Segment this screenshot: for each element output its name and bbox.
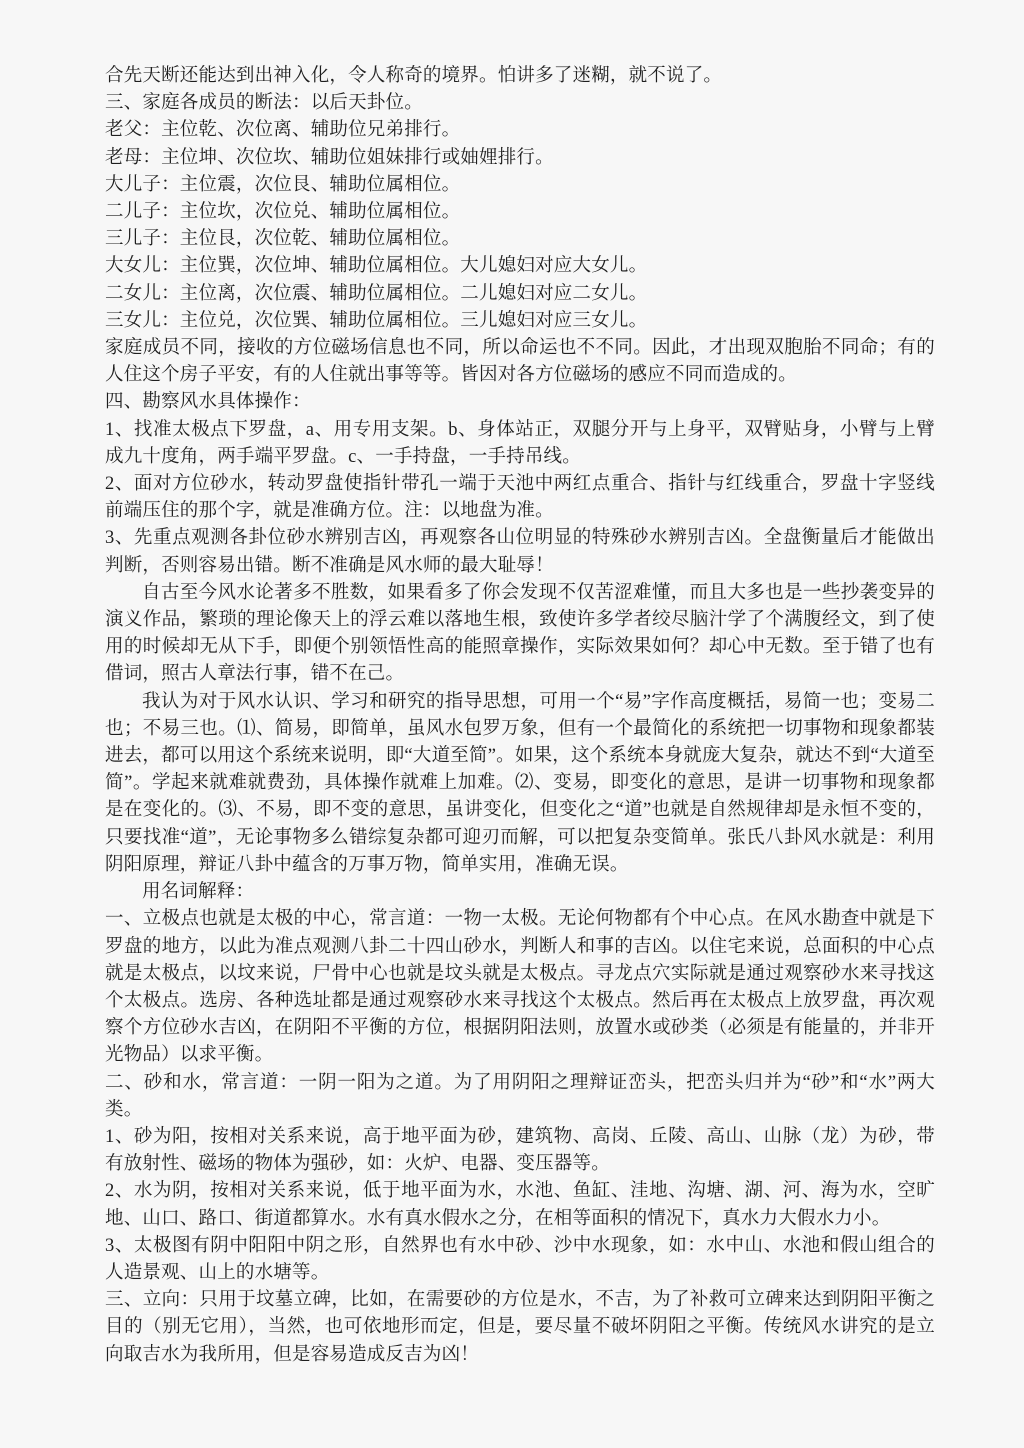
paragraph: 三儿子：主位艮，次位乾、辅助位属相位。	[105, 226, 935, 253]
paragraph: 老母：主位坤、次位坎、辅助位姐妹排行或妯娌排行。	[105, 145, 935, 172]
paragraph: 用名词解释：	[105, 879, 935, 906]
paragraph: 3、先重点观测各卦位砂水辨别吉凶，再观察各山位明显的特殊砂水辨别吉凶。全盘衡量后…	[105, 525, 935, 579]
paragraph: 1、砂为阳，按相对关系来说，高于地平面为砂，建筑物、高岗、丘陵、高山、山脉（龙）…	[105, 1124, 935, 1178]
paragraph: 2、面对方位砂水，转动罗盘使指针带孔一端于天池中两红点重合、指针与红线重合，罗盘…	[105, 471, 935, 525]
paragraph: 合先天断还能达到出神入化，令人称奇的境界。怕讲多了迷糊，就不说了。	[105, 63, 935, 90]
paragraph: 家庭成员不同，接收的方位磁场信息也不同，所以命运也不不同。因此，才出现双胞胎不同…	[105, 335, 935, 389]
paragraph: 自古至今风水论著多不胜数，如果看多了你会发现不仅苦涩难懂，而且大多也是一些抄袭变…	[105, 580, 935, 689]
paragraph: 一、立极点也就是太极的中心，常言道：一物一太极。无论何物都有个中心点。在风水勘查…	[105, 906, 935, 1069]
paragraph: 二女儿：主位离，次位震、辅助位属相位。二儿媳妇对应二女儿。	[105, 281, 935, 308]
paragraph: 三、立向：只用于坟墓立碑，比如，在需要砂的方位是水，不吉，为了补救可立碑来达到阴…	[105, 1287, 935, 1369]
paragraph: 二儿子：主位坎，次位兑、辅助位属相位。	[105, 199, 935, 226]
paragraph: 二、砂和水，常言道：一阴一阳为之道。为了用阴阳之理辩证峦头，把峦头归并为“砂”和…	[105, 1070, 935, 1124]
paragraph: 三女儿：主位兑，次位巽、辅助位属相位。三儿媳妇对应三女儿。	[105, 308, 935, 335]
paragraph: 老父：主位乾、次位离、辅助位兄弟排行。	[105, 117, 935, 144]
paragraph: 三、家庭各成员的断法：以后天卦位。	[105, 90, 935, 117]
paragraph: 大儿子：主位震，次位艮、辅助位属相位。	[105, 172, 935, 199]
paragraph: 大女儿：主位巽，次位坤、辅助位属相位。大儿媳妇对应大女儿。	[105, 253, 935, 280]
paragraph: 3、太极图有阴中阳阳中阴之形，自然界也有水中砂、沙中水现象，如：水中山、水池和假…	[105, 1233, 935, 1287]
paragraph: 四、勘察风水具体操作：	[105, 389, 935, 416]
paragraph: 1、找准太极点下罗盘，a、用专用支架。b、身体站正，双腿分开与上身平，双臂贴身，…	[105, 417, 935, 471]
paragraph: 2、水为阴，按相对关系来说，低于地平面为水，水池、鱼缸、洼地、沟塘、湖、河、海为…	[105, 1178, 935, 1232]
document-page: 合先天断还能达到出神入化，令人称奇的境界。怕讲多了迷糊，就不说了。三、家庭各成员…	[0, 0, 1024, 1448]
paragraph: 我认为对于风水认识、学习和研究的指导思想，可用一个“易”字作高度概括，易简一也；…	[105, 689, 935, 879]
document-text-block: 合先天断还能达到出神入化，令人称奇的境界。怕讲多了迷糊，就不说了。三、家庭各成员…	[105, 63, 935, 1369]
